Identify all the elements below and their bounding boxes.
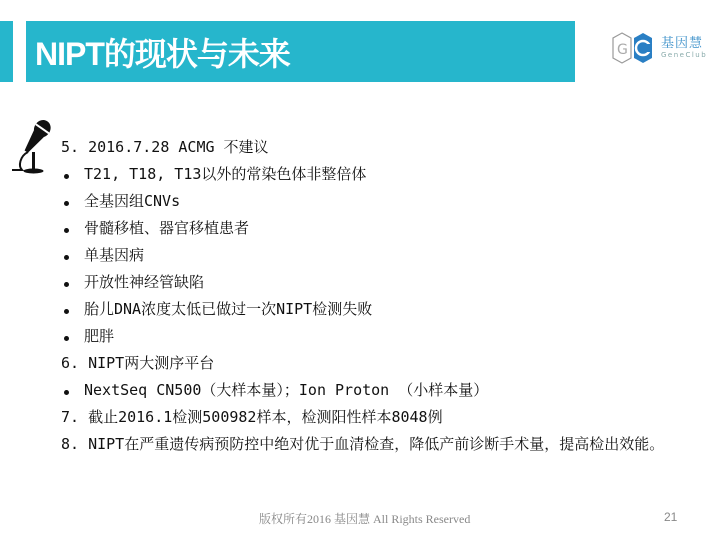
bullet-item: 胎儿DNA浓度太低已做过一次NIPT检测失败	[61, 296, 711, 323]
bullet-item: 骨髓移植、器官移植患者	[61, 215, 711, 242]
logo-name-cn: 基因慧	[661, 36, 707, 51]
copyright-footer: 版权所有2016 基因慧 All Rights Reserved	[259, 510, 470, 527]
bullet-item: NextSeq CN500（大样本量）；Ion Proton （小样本量）	[61, 377, 711, 404]
numbered-item: 7. 截止2016.1检测500982样本，检测阳性样本8048例	[61, 404, 711, 431]
slide-content: 5. 2016.7.28 ACMG 不建议 T21, T18, T13以外的常染…	[61, 134, 711, 458]
bullet-item: 开放性神经管缺陷	[61, 269, 711, 296]
geneclub-logo: G 基因慧 GeneClub	[610, 28, 710, 68]
numbered-item: 5. 2016.7.28 ACMG 不建议	[61, 134, 711, 161]
bullet-item: 全基因组CNVs	[61, 188, 711, 215]
bullet-item: T21, T18, T13以外的常染色体非整倍体	[61, 161, 711, 188]
bullet-item: 单基因病	[61, 242, 711, 269]
numbered-item: 6. NIPT两大测序平台	[61, 350, 711, 377]
title-accent-strip	[0, 21, 13, 82]
page-number: 21	[664, 510, 677, 524]
svg-text:G: G	[617, 42, 628, 58]
slide-title: NIPT的现状与未来	[35, 29, 290, 75]
title-bar: NIPT的现状与未来	[26, 21, 575, 82]
bullet-item: 肥胖	[61, 323, 711, 350]
numbered-item: 8. NIPT在严重遗传病预防控中绝对优于血清检查，降低产前诊断手术量，提高检出…	[61, 431, 711, 458]
geneclub-hexagon-logo-icon: G	[610, 30, 658, 66]
logo-name-en: GeneClub	[661, 51, 707, 60]
microphone-icon	[8, 118, 58, 176]
